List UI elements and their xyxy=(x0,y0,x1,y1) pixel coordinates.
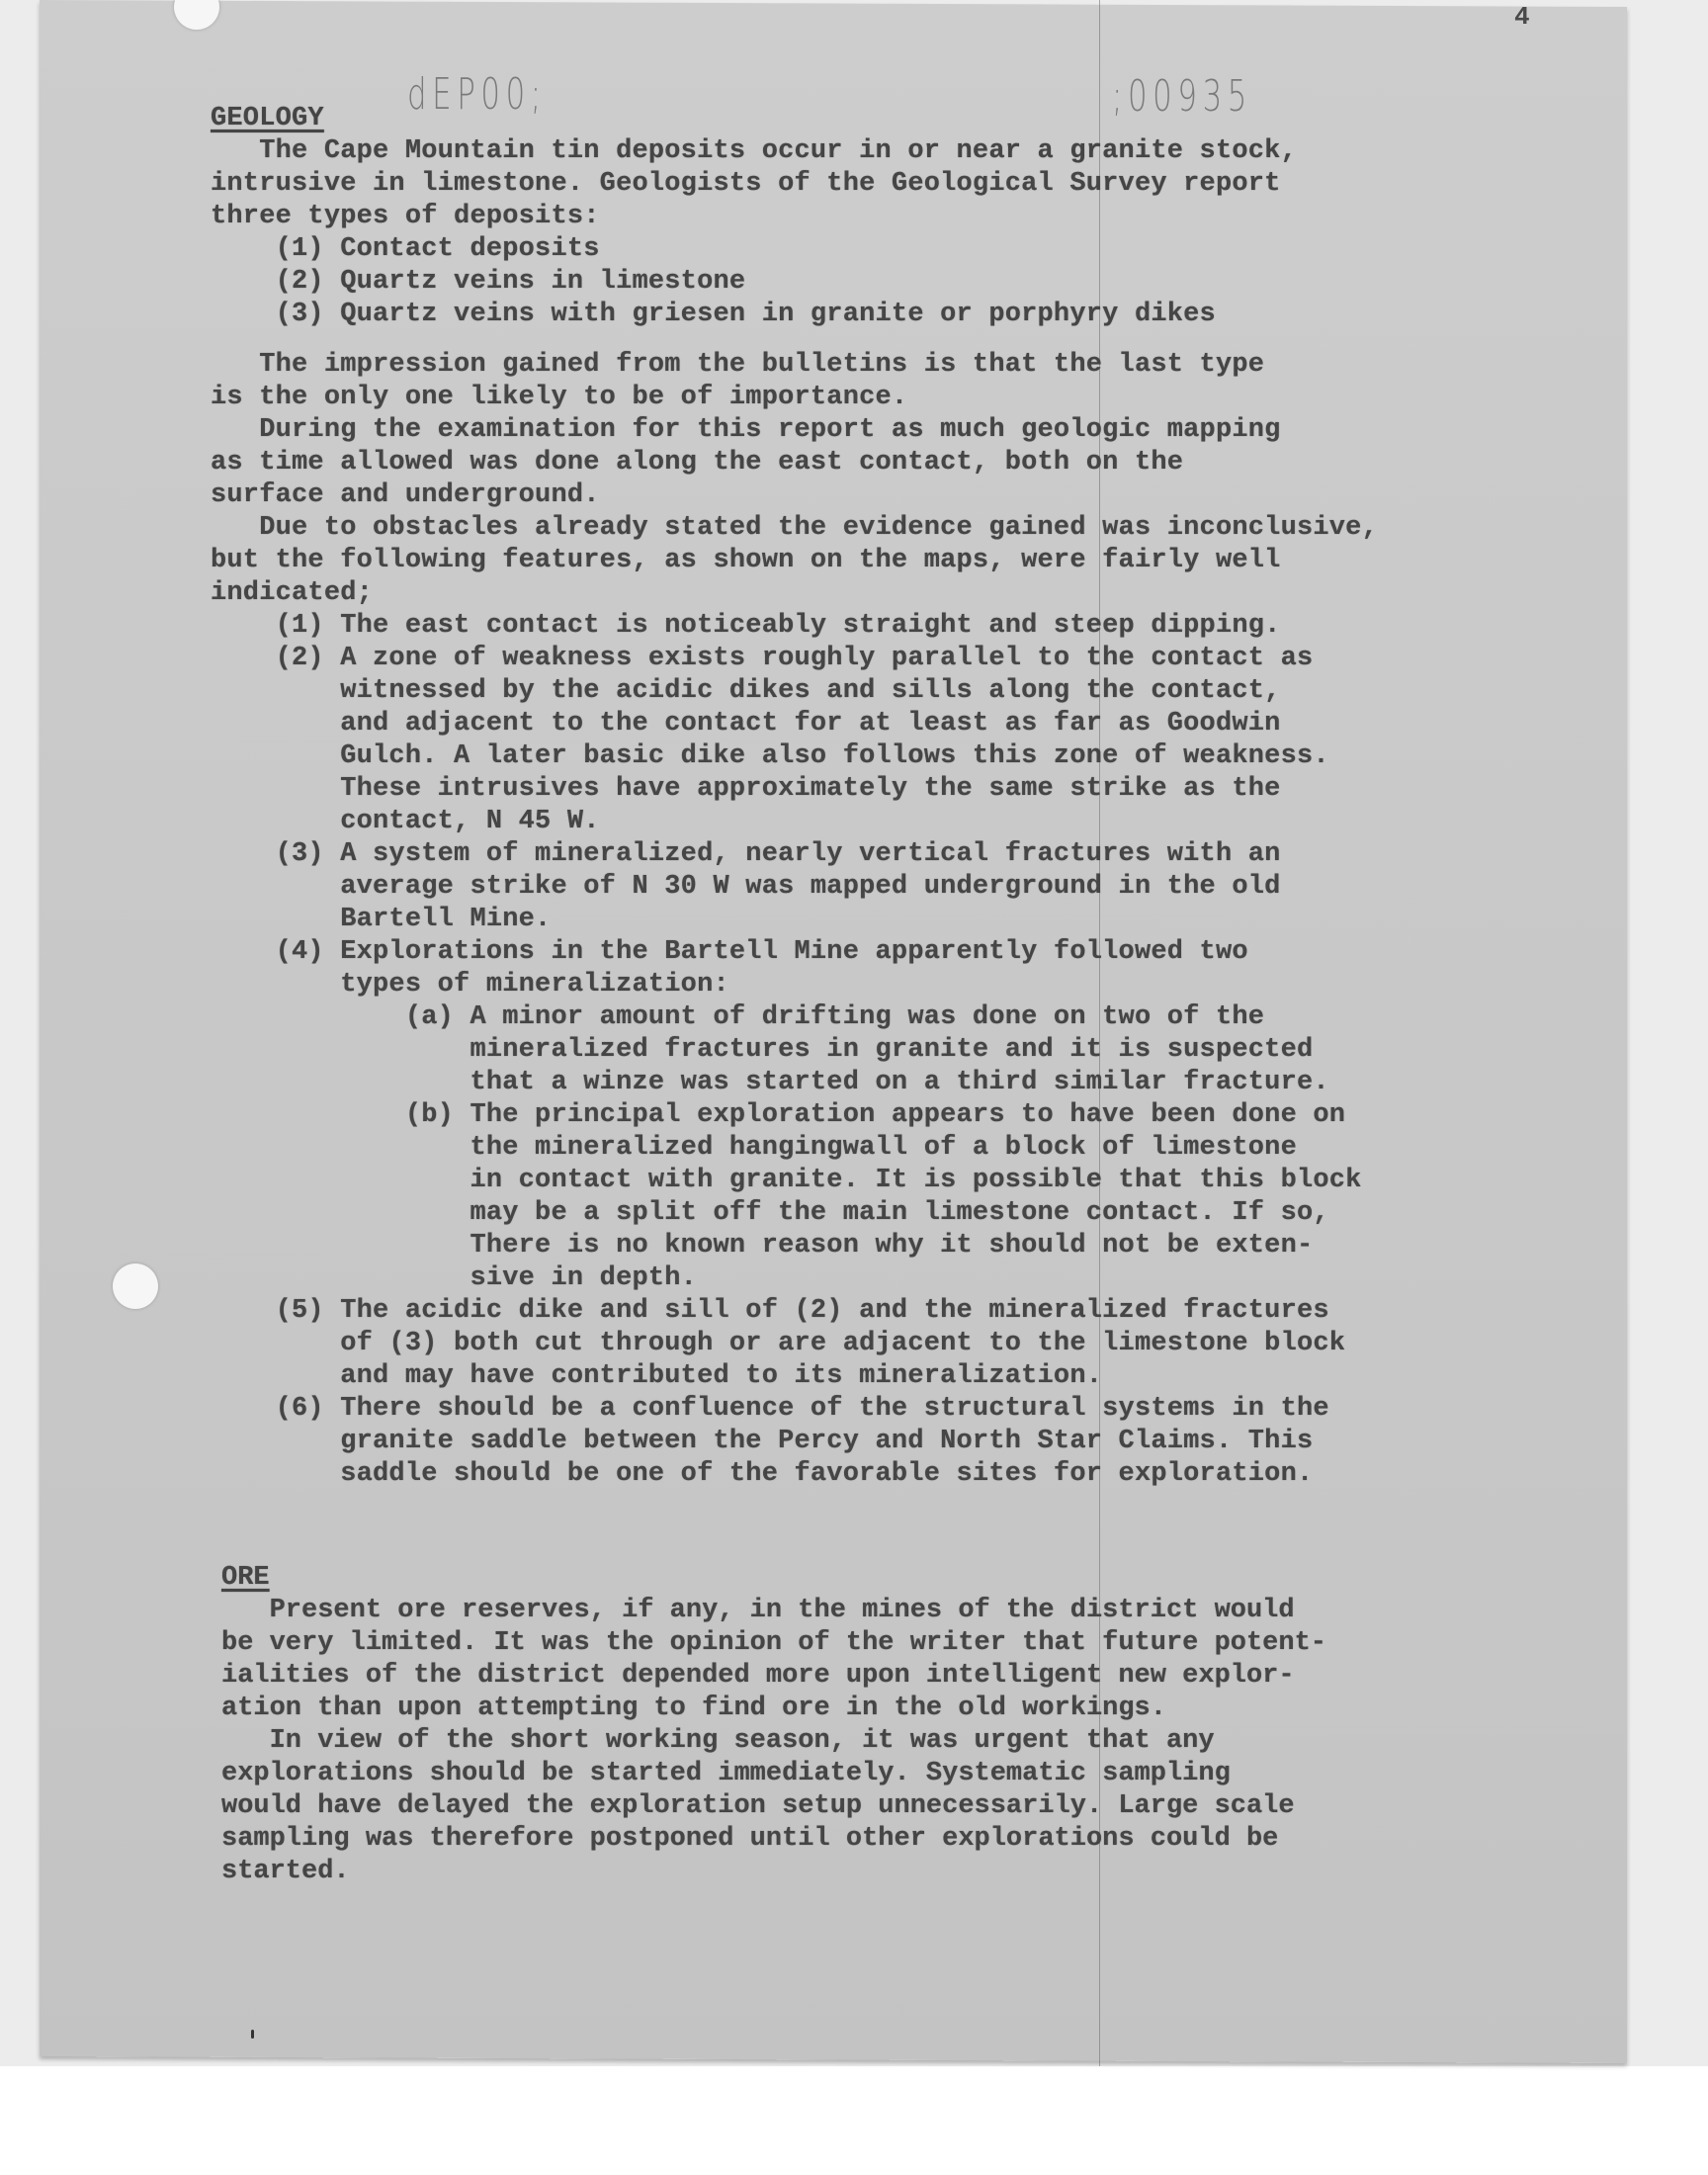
list-item: (6) There should be a confluence of the … xyxy=(211,1393,1634,1426)
list-item: (3) Quartz veins with griesen in granite… xyxy=(211,299,1634,331)
body-line: ialities of the district depended more u… xyxy=(221,1660,1645,1693)
body-line: started. xyxy=(221,1856,1645,1888)
sub-list-item: sive in depth. xyxy=(211,1262,1634,1295)
sub-list-item: mineralized fractures in granite and it … xyxy=(211,1034,1634,1067)
list-item: and may have contributed to its minerali… xyxy=(211,1360,1634,1393)
sub-list-item: may be a split off the main limestone co… xyxy=(211,1197,1634,1230)
list-item: (1) Contact deposits xyxy=(211,233,1634,266)
body-line: is the only one likely to be of importan… xyxy=(211,382,1634,414)
body-line: be very limited. It was the opinion of t… xyxy=(221,1627,1645,1660)
sub-list-item: (a) A minor amount of drifting was done … xyxy=(211,1001,1634,1034)
body-line: explorations should be started immediate… xyxy=(221,1758,1645,1790)
list-item: and adjacent to the contact for at least… xyxy=(211,708,1634,740)
body-line: Due to obstacles already stated the evid… xyxy=(211,512,1634,545)
sub-list-item: There is no known reason why it should n… xyxy=(211,1230,1634,1262)
body-line: During the examination for this report a… xyxy=(211,414,1634,447)
list-item: (3) A system of mineralized, nearly vert… xyxy=(211,838,1634,871)
list-item: witnessed by the acidic dikes and sills … xyxy=(211,675,1634,708)
section-heading-geology: GEOLOGY xyxy=(211,103,1634,135)
list-item: Gulch. A later basic dike also follows t… xyxy=(211,740,1634,773)
body-line: Present ore reserves, if any, in the min… xyxy=(221,1595,1645,1627)
body-line: sampling was therefore postponed until o… xyxy=(221,1823,1645,1856)
list-item: average strike of N 30 W was mapped unde… xyxy=(211,871,1634,904)
page-number: 4 xyxy=(1514,2,1530,32)
list-item: saddle should be one of the favorable si… xyxy=(211,1458,1634,1491)
sub-list-item: in contact with granite. It is possible … xyxy=(211,1165,1634,1197)
list-item: contact, N 45 W. xyxy=(211,806,1634,838)
list-item: (5) The acidic dike and sill of (2) and … xyxy=(211,1295,1634,1328)
punch-hole-middle xyxy=(113,1263,158,1309)
section-heading-ore: ORE xyxy=(221,1562,1645,1595)
list-item: Bartell Mine. xyxy=(211,904,1634,936)
body-line: surface and underground. xyxy=(211,479,1634,512)
sub-list-item: that a winze was started on a third simi… xyxy=(211,1067,1634,1099)
list-item: (2) Quartz veins in limestone xyxy=(211,266,1634,299)
body-line: The impression gained from the bulletins… xyxy=(211,349,1634,382)
sub-list-item: the mineralized hangingwall of a block o… xyxy=(211,1132,1634,1165)
list-item: of (3) both cut through or are adjacent … xyxy=(211,1328,1634,1360)
body-line: indicated; xyxy=(211,577,1634,610)
list-item: granite saddle between the Percy and Nor… xyxy=(211,1426,1634,1458)
body-line: would have delayed the exploration setup… xyxy=(221,1790,1645,1823)
body-line: The Cape Mountain tin deposits occur in … xyxy=(211,135,1634,168)
list-item: These intrusives have approximately the … xyxy=(211,773,1634,806)
list-item: (4) Explorations in the Bartell Mine app… xyxy=(211,936,1634,969)
sub-list-item: (b) The principal exploration appears to… xyxy=(211,1099,1634,1132)
geology-section: GEOLOGY The Cape Mountain tin deposits o… xyxy=(211,103,1634,1491)
ore-section: ORE Present ore reserves, if any, in the… xyxy=(221,1562,1645,1888)
body-line: as time allowed was done along the east … xyxy=(211,447,1634,479)
body-line: ation than upon attempting to find ore i… xyxy=(221,1693,1645,1725)
body-line: intrusive in limestone. Geologists of th… xyxy=(211,168,1634,201)
list-item: types of mineralization: xyxy=(211,969,1634,1001)
body-line: but the following features, as shown on … xyxy=(211,545,1634,577)
list-item: (1) The east contact is noticeably strai… xyxy=(211,610,1634,643)
ink-speck xyxy=(251,2030,254,2039)
body-line: In view of the short working season, it … xyxy=(221,1725,1645,1758)
list-item: (2) A zone of weakness exists roughly pa… xyxy=(211,643,1634,675)
body-line: three types of deposits: xyxy=(211,201,1634,233)
